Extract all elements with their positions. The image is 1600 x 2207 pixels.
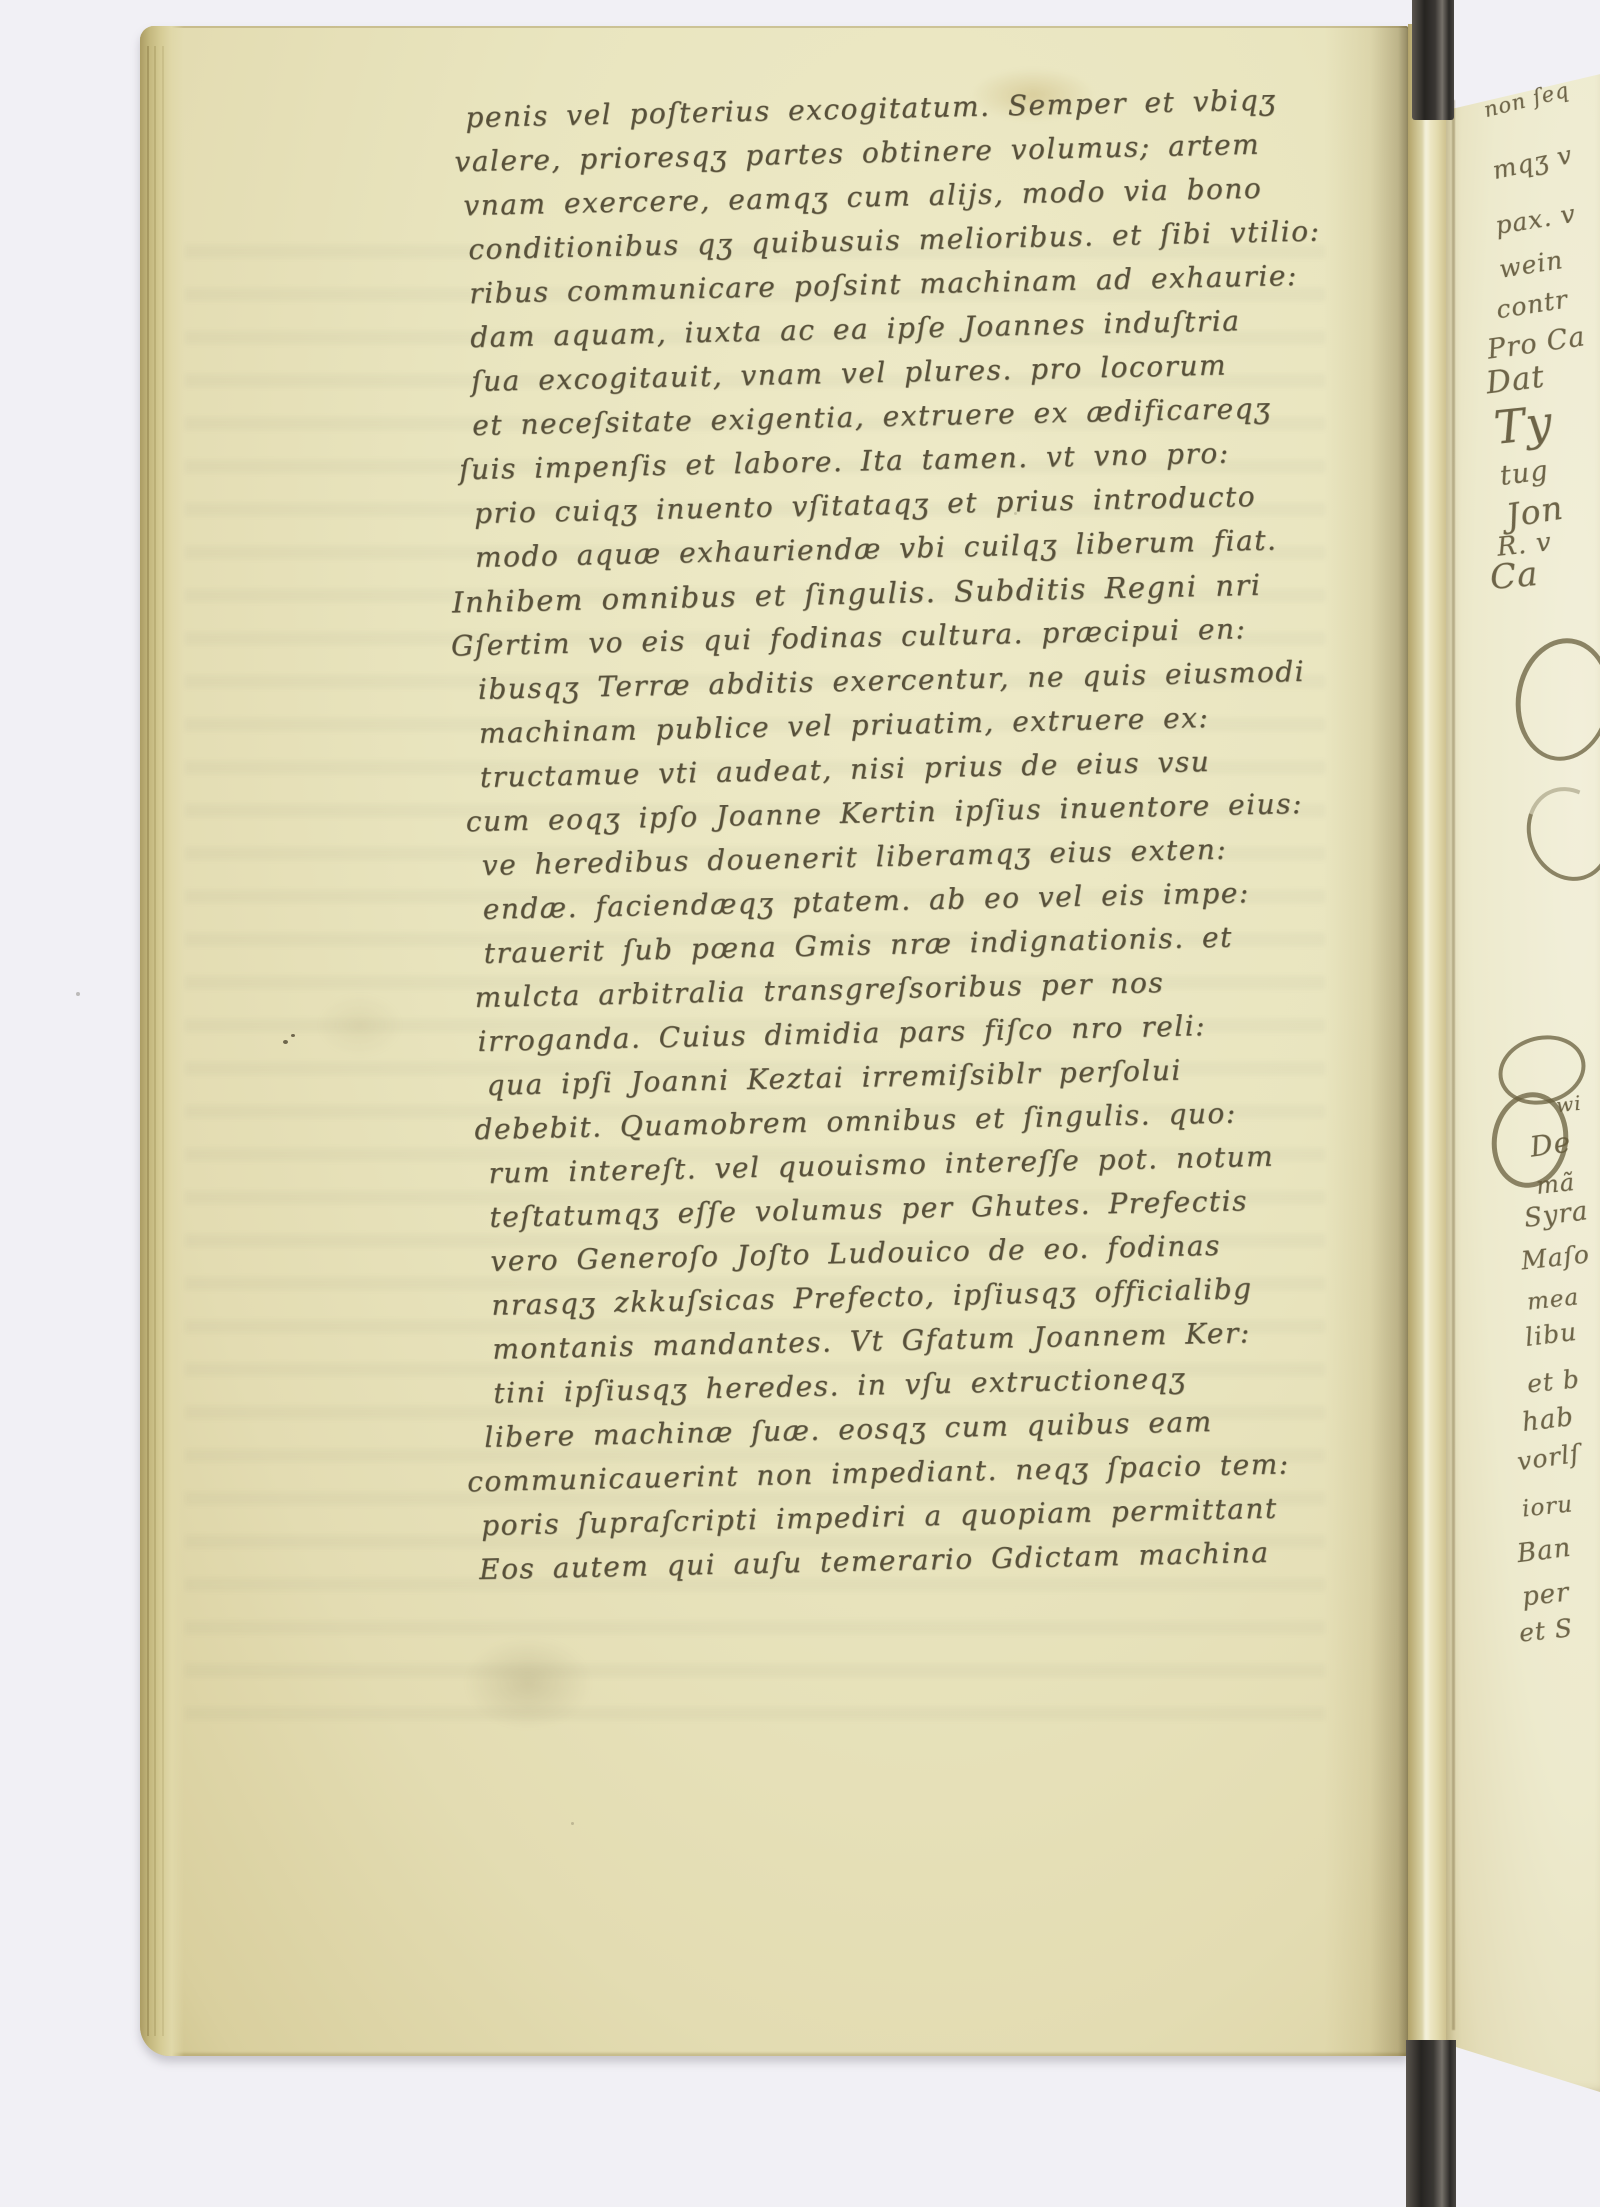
manuscript-scan: penis vel poſterius excogitatum. Semper … [0,0,1600,2207]
dust-speck [76,992,80,996]
sheet-edge-line [154,46,156,2035]
page-stain [300,980,420,1070]
facing-page-text-fragment: et b [1526,1364,1582,1398]
sheet-edge-line [147,46,149,2035]
sheet-edge-line [162,46,164,2035]
facing-page-text-fragment: tug [1498,455,1550,492]
facing-page-text-fragment: mea [1526,1284,1581,1315]
book-rest-rod-bottom [1406,2040,1456,2207]
facing-page-text-fragment: Dat [1484,359,1547,402]
book-rest-rod-top [1412,0,1454,120]
margin-ink-specks [283,1034,299,1046]
facing-page-text-fragment: et S [1518,1613,1575,1647]
facing-page-text-fragment: ioru [1521,1491,1574,1522]
page-edge-stack [140,26,184,2056]
facing-page-text-fragment: hab [1520,1402,1575,1438]
manuscript-text-block: penis vel poſterius excogitatum. Semper … [465,77,1387,1592]
gutter-glare [1424,110,1428,2045]
facing-page-text-fragment: Ca [1488,554,1540,598]
dust-speck [571,1822,574,1825]
facing-page-text-fragment: Ty [1491,395,1555,455]
facing-page-text-fragment: per [1521,1578,1571,1613]
facing-page-crease [1452,100,1455,2030]
page-stain [438,1618,618,1748]
